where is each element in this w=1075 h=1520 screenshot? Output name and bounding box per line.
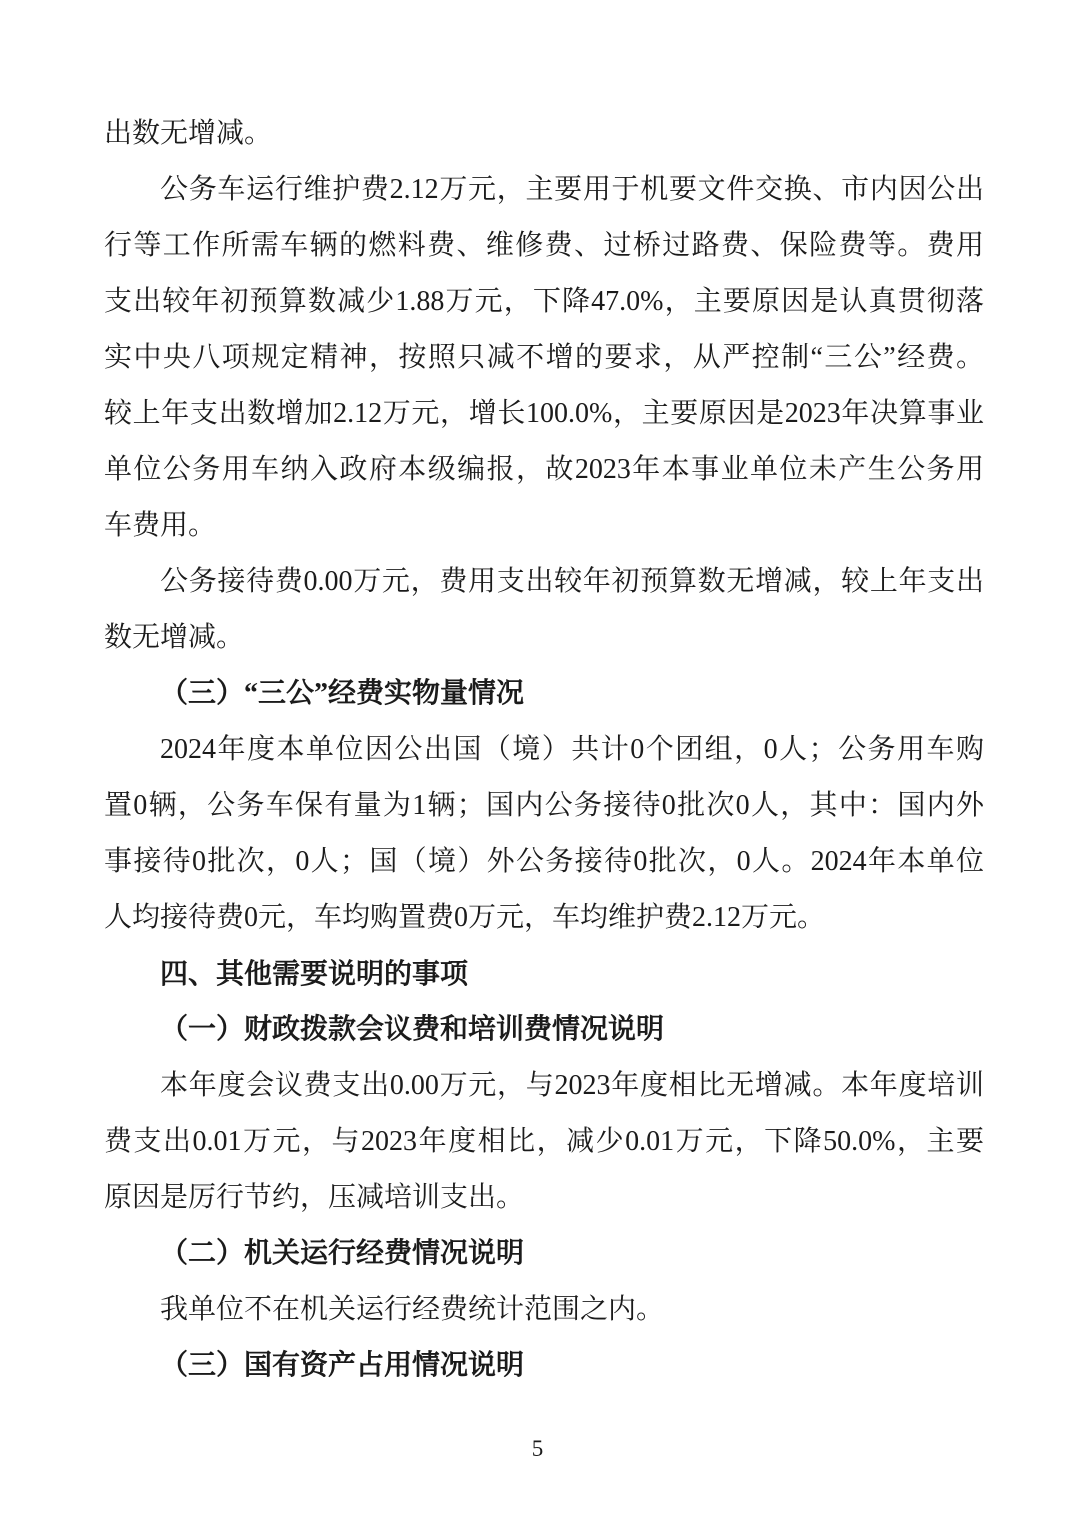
document-body: 出数无增减。公务车运行维护费2.12万元，主要用于机要文件交换、市内因公出行等工… <box>104 106 984 1394</box>
text-line: 置0辆，公务车保有量为1辆；国内公务接待0批次0人，其中：国内外 <box>104 778 984 834</box>
text-line: 我单位不在机关运行经费统计范围之内。 <box>104 1282 984 1338</box>
text-line: 事接待0批次，0人；国（境）外公务接待0批次，0人。2024年本单位 <box>104 834 984 890</box>
text-line: 原因是厉行节约，压减培训支出。 <box>104 1170 984 1226</box>
section-heading: （三）“三公”经费实物量情况 <box>104 666 984 722</box>
text-line: 本年度会议费支出0.00万元，与2023年度相比无增减。本年度培训 <box>104 1058 984 1114</box>
text-line: 单位公务用车纳入政府本级编报，故2023年本事业单位未产生公务用 <box>104 442 984 498</box>
text-line: 2024年度本单位因公出国（境）共计0个团组，0人；公务用车购 <box>104 722 984 778</box>
text-line: 出数无增减。 <box>104 106 984 162</box>
section-heading: （一）财政拨款会议费和培训费情况说明 <box>104 1002 984 1058</box>
text-line: 费支出0.01万元，与2023年度相比，减少0.01万元，下降50.0%，主要 <box>104 1114 984 1170</box>
document-page: 出数无增减。公务车运行维护费2.12万元，主要用于机要文件交换、市内因公出行等工… <box>0 0 1075 1520</box>
text-line: 数无增减。 <box>104 610 984 666</box>
text-line: 较上年支出数增加2.12万元，增长100.0%，主要原因是2023年决算事业 <box>104 386 984 442</box>
text-line: 行等工作所需车辆的燃料费、维修费、过桥过路费、保险费等。费用 <box>104 218 984 274</box>
section-heading: （二）机关运行经费情况说明 <box>104 1226 984 1282</box>
text-line: 公务接待费0.00万元，费用支出较年初预算数无增减，较上年支出 <box>104 554 984 610</box>
text-line: 公务车运行维护费2.12万元，主要用于机要文件交换、市内因公出 <box>104 162 984 218</box>
page-number: 5 <box>0 1434 1075 1464</box>
section-heading: 四、其他需要说明的事项 <box>104 946 984 1002</box>
text-line: 人均接待费0元，车均购置费0万元，车均维护费2.12万元。 <box>104 890 984 946</box>
text-line: 支出较年初预算数减少1.88万元，下降47.0%，主要原因是认真贯彻落 <box>104 274 984 330</box>
section-heading: （三）国有资产占用情况说明 <box>104 1338 984 1394</box>
text-line: 实中央八项规定精神，按照只减不增的要求，从严控制“三公”经费。 <box>104 330 984 386</box>
text-line: 车费用。 <box>104 498 984 554</box>
